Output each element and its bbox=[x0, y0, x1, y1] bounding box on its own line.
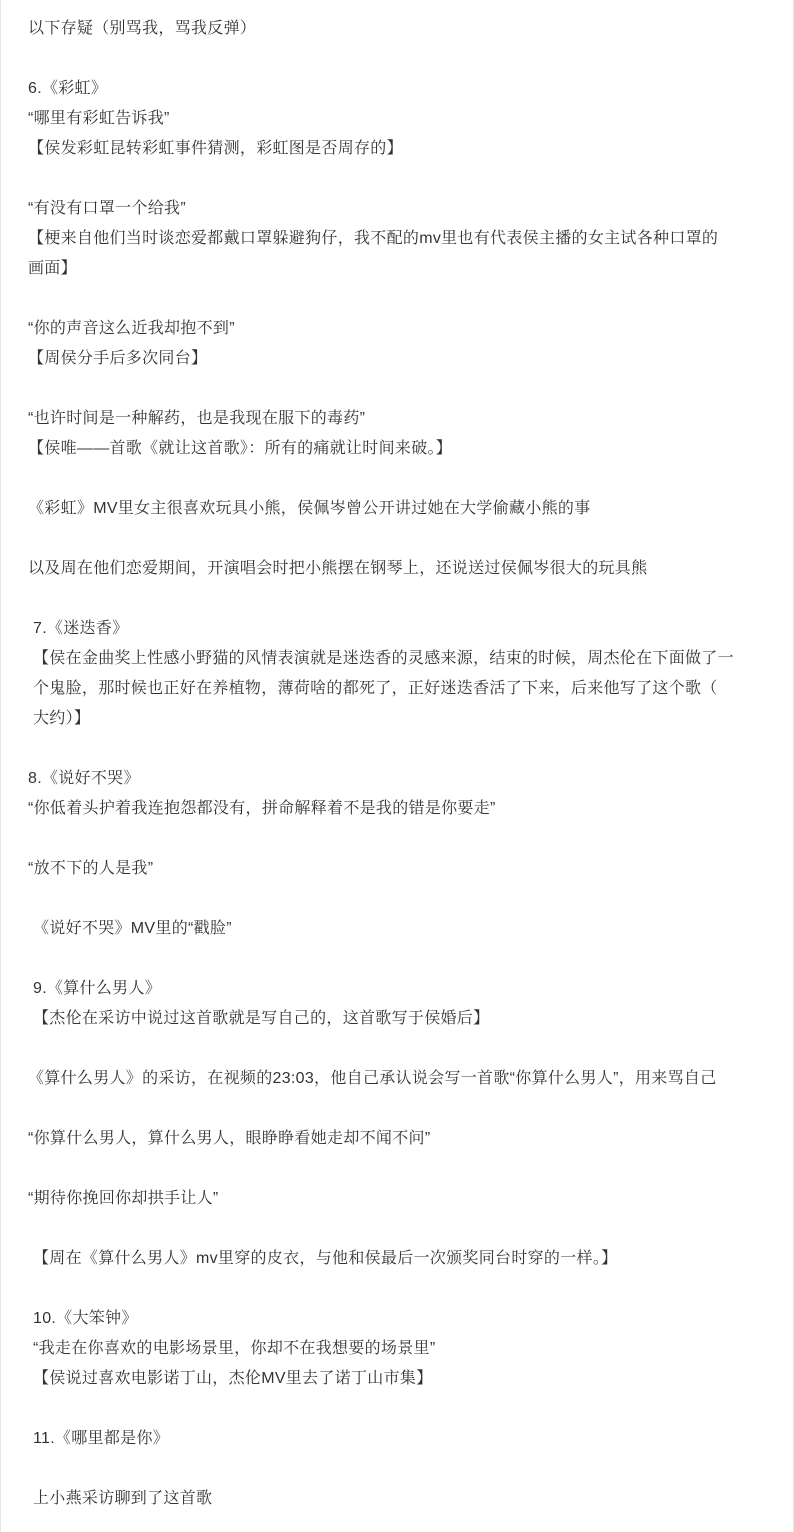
text-line: 以下存疑（别骂我，骂我反弹） bbox=[28, 14, 769, 44]
text-line: 【侯说过喜欢电影诺丁山，杰伦MV里去了诺丁山市集】 bbox=[33, 1364, 769, 1394]
text-line: 上小燕采访聊到了这首歌 bbox=[33, 1484, 769, 1514]
text-line: 个鬼脸，那时候也正好在养植物，薄荷啥的都死了，正好迷迭香活了下来，后来他写了这个… bbox=[33, 674, 769, 704]
text-line: 11.《哪里都是你》 bbox=[33, 1424, 769, 1454]
paragraph: “有没有口罩一个给我”【梗来自他们当时谈恋爱都戴口罩躲避狗仔，我不配的mv里也有… bbox=[28, 194, 769, 284]
text-line: 6.《彩虹》 bbox=[28, 74, 769, 104]
text-line: 10.《大笨钟》 bbox=[33, 1304, 769, 1334]
text-line: 【梗来自他们当时谈恋爱都戴口罩躲避狗仔，我不配的mv里也有代表侯主播的女主试各种… bbox=[28, 224, 769, 254]
text-line: “你算什么男人，算什么男人，眼睁睁看她走却不闻不问” bbox=[28, 1124, 769, 1154]
text-line: “哪里有彩虹告诉我” bbox=[28, 104, 769, 134]
text-line: 7.《迷迭香》 bbox=[33, 614, 769, 644]
paragraph: 9.《算什么男人》【杰伦在采访中说过这首歌就是写自己的，这首歌写于侯婚后】 bbox=[28, 974, 769, 1034]
paragraph: 7.《迷迭香》【侯在金曲奖上性感小野猫的风情表演就是迷迭香的灵感来源，结束的时候… bbox=[28, 614, 769, 734]
paragraph: “也许时间是一种解药，也是我现在服下的毒药”【侯唯——首歌《就让这首歌》：所有的… bbox=[28, 404, 769, 464]
paragraph: 《算什么男人》的采访，在视频的23:03，他自己承认说会写一首歌“你算什么男人”… bbox=[28, 1064, 769, 1094]
text-line: 大约）】 bbox=[33, 704, 769, 734]
document-body: 以下存疑（别骂我，骂我反弹）6.《彩虹》“哪里有彩虹告诉我”【侯发彩虹昆转彩虹事… bbox=[28, 14, 769, 1514]
paragraph: 上小燕采访聊到了这首歌 bbox=[28, 1484, 769, 1514]
document-page: 以下存疑（别骂我，骂我反弹）6.《彩虹》“哪里有彩虹告诉我”【侯发彩虹昆转彩虹事… bbox=[0, 0, 794, 1532]
text-line: 9.《算什么男人》 bbox=[33, 974, 769, 1004]
paragraph: 《彩虹》MV里女主很喜欢玩具小熊，侯佩岑曾公开讲过她在大学偷藏小熊的事 bbox=[28, 494, 769, 524]
paragraph: 6.《彩虹》“哪里有彩虹告诉我”【侯发彩虹昆转彩虹事件猜测，彩虹图是否周存的】 bbox=[28, 74, 769, 164]
text-line: “我走在你喜欢的电影场景里，你却不在我想要的场景里” bbox=[33, 1334, 769, 1364]
text-line: 《算什么男人》的采访，在视频的23:03，他自己承认说会写一首歌“你算什么男人”… bbox=[28, 1064, 769, 1094]
paragraph: “你的声音这么近我却抱不到”【周侯分手后多次同台】 bbox=[28, 314, 769, 374]
text-line: 【侯在金曲奖上性感小野猫的风情表演就是迷迭香的灵感来源，结束的时候，周杰伦在下面… bbox=[33, 644, 769, 674]
paragraph: “放不下的人是我” bbox=[28, 854, 769, 884]
text-line: 【杰伦在采访中说过这首歌就是写自己的，这首歌写于侯婚后】 bbox=[33, 1004, 769, 1034]
text-line: “期待你挽回你却拱手让人” bbox=[28, 1184, 769, 1214]
text-line: “也许时间是一种解药，也是我现在服下的毒药” bbox=[28, 404, 769, 434]
text-line: 8.《说好不哭》 bbox=[28, 764, 769, 794]
paragraph: “你算什么男人，算什么男人，眼睁睁看她走却不闻不问” bbox=[28, 1124, 769, 1154]
text-line: “你的声音这么近我却抱不到” bbox=[28, 314, 769, 344]
paragraph: “期待你挽回你却拱手让人” bbox=[28, 1184, 769, 1214]
text-line: “有没有口罩一个给我” bbox=[28, 194, 769, 224]
text-line: 以及周在他们恋爱期间，开演唱会时把小熊摆在钢琴上，还说送过侯佩岑很大的玩具熊 bbox=[28, 554, 769, 584]
text-line: 《彩虹》MV里女主很喜欢玩具小熊，侯佩岑曾公开讲过她在大学偷藏小熊的事 bbox=[28, 494, 769, 524]
paragraph: 8.《说好不哭》“你低着头护着我连抱怨都没有，拼命解释着不是我的错是你要走” bbox=[28, 764, 769, 824]
paragraph: 11.《哪里都是你》 bbox=[28, 1424, 769, 1454]
text-line: “放不下的人是我” bbox=[28, 854, 769, 884]
paragraph: 以下存疑（别骂我，骂我反弹） bbox=[28, 14, 769, 44]
text-line: 《说好不哭》MV里的“戳脸” bbox=[33, 914, 769, 944]
paragraph: 以及周在他们恋爱期间，开演唱会时把小熊摆在钢琴上，还说送过侯佩岑很大的玩具熊 bbox=[28, 554, 769, 584]
paragraph: 《说好不哭》MV里的“戳脸” bbox=[28, 914, 769, 944]
paragraph: 10.《大笨钟》“我走在你喜欢的电影场景里，你却不在我想要的场景里”【侯说过喜欢… bbox=[28, 1304, 769, 1394]
text-line: 【侯发彩虹昆转彩虹事件猜测，彩虹图是否周存的】 bbox=[28, 134, 769, 164]
text-line: “你低着头护着我连抱怨都没有，拼命解释着不是我的错是你要走” bbox=[28, 794, 769, 824]
text-line: 【周在《算什么男人》mv里穿的皮衣，与他和侯最后一次颁奖同台时穿的一样。】 bbox=[33, 1244, 769, 1274]
text-line: 【侯唯——首歌《就让这首歌》：所有的痛就让时间来破。】 bbox=[28, 434, 769, 464]
text-line: 画面】 bbox=[28, 254, 769, 284]
text-line: 【周侯分手后多次同台】 bbox=[28, 344, 769, 374]
paragraph: 【周在《算什么男人》mv里穿的皮衣，与他和侯最后一次颁奖同台时穿的一样。】 bbox=[28, 1244, 769, 1274]
